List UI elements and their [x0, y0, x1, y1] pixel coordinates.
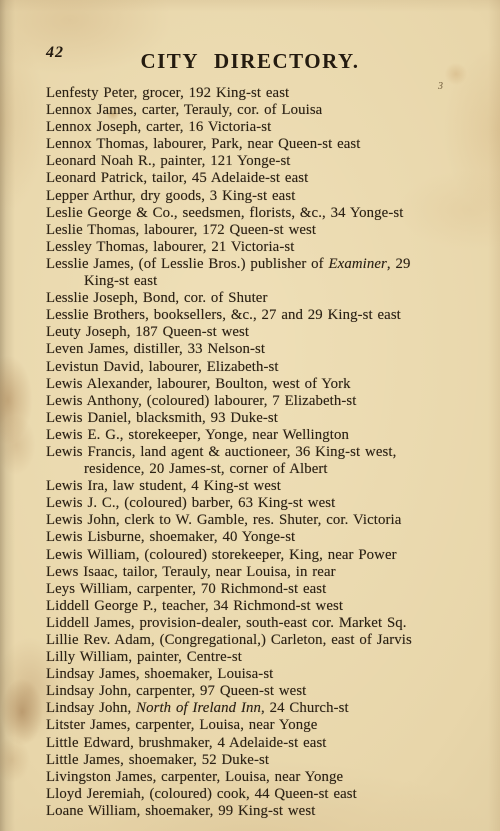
- directory-entry: Loane William, shoemaker, 99 King-st wes…: [46, 803, 476, 820]
- directory-entry-text: Liddell James, provision-dealer, south-e…: [46, 615, 407, 631]
- directory-entry: Lewis E. G., storekeeper, Yonge, near We…: [46, 427, 476, 444]
- directory-entry-text: Lennox Thomas, labourer, Park, near Quee…: [46, 136, 361, 152]
- directory-entry-text: Leys William, carpenter, 70 Richmond-st …: [46, 581, 326, 597]
- directory-entry-text: Lennox James, carter, Terauly, cor. of L…: [46, 102, 322, 118]
- directory-entry: Lloyd Jeremiah, (coloured) cook, 44 Quee…: [46, 786, 476, 803]
- directory-entry-text: Loane William, shoemaker, 99 King-st wes…: [46, 803, 315, 819]
- directory-entry-text: Lewis Anthony, (coloured) labourer, 7 El…: [46, 393, 356, 409]
- directory-entry: Lessley Thomas, labourer, 21 Victoria-st: [46, 239, 476, 256]
- directory-entry: Lillie Rev. Adam, (Congregational,) Carl…: [46, 632, 476, 649]
- directory-entry-text: Lews Isaac, tailor, Terauly, near Louisa…: [46, 564, 336, 580]
- directory-entry-text: Livingston James, carpenter, Louisa, nea…: [46, 769, 343, 785]
- directory-entry: Lepper Arthur, dry goods, 3 King-st east: [46, 188, 476, 205]
- directory-entry-text: Leslie Thomas, labourer, 172 Queen-st we…: [46, 222, 316, 238]
- directory-entry-text: Lewis J. C., (coloured) barber, 63 King-…: [46, 495, 335, 511]
- directory-entry-text: Little Edward, brushmaker, 4 Adelaide-st…: [46, 735, 327, 751]
- directory-entry: Leys William, carpenter, 70 Richmond-st …: [46, 581, 476, 598]
- directory-entry: Lilly William, painter, Centre-st: [46, 649, 476, 666]
- directory-entry: Lewis J. C., (coloured) barber, 63 King-…: [46, 495, 476, 512]
- directory-entry: Lennox Thomas, labourer, Park, near Quee…: [46, 136, 476, 153]
- directory-entry: Lewis Francis, land agent & auctioneer, …: [46, 444, 476, 478]
- directory-entry: Lewis William, (coloured) storekeeper, K…: [46, 547, 476, 564]
- directory-entry-text: Leuty Joseph, 187 Queen-st west: [46, 324, 249, 340]
- directory-entry-text: Lessley Thomas, labourer, 21 Victoria-st: [46, 239, 294, 255]
- directory-entry-text: Lewis Alexander, labourer, Boulton, west…: [46, 376, 351, 392]
- directory-entry: Liddell George P., teacher, 34 Richmond-…: [46, 598, 476, 615]
- directory-entry: Lewis Ira, law student, 4 King-st west: [46, 478, 476, 495]
- directory-entry: Liddell James, provision-dealer, south-e…: [46, 615, 476, 632]
- directory-entry-text: Leven James, distiller, 33 Nelson-st: [46, 341, 265, 357]
- directory-entry: Little James, shoemaker, 52 Duke-st: [46, 752, 476, 769]
- directory-entry: Lesslie Brothers, booksellers, &c., 27 a…: [46, 307, 476, 324]
- directory-entry: Leonard Noah R., painter, 121 Yonge-st: [46, 153, 476, 170]
- directory-entry-text: Lennox Joseph, carter, 16 Victoria-st: [46, 119, 271, 135]
- directory-entry: Leslie George & Co., seedsmen, florists,…: [46, 205, 476, 222]
- directory-entry: Lennox James, carter, Terauly, cor. of L…: [46, 102, 476, 119]
- directory-entry: Lesslie Joseph, Bond, cor. of Shuter: [46, 290, 476, 307]
- directory-entry-text: Lewis Lisburne, shoemaker, 40 Yonge-st: [46, 529, 295, 545]
- directory-entry: Lindsay John, North of Ireland Inn, 24 C…: [46, 700, 476, 717]
- directory-entry: Leuty Joseph, 187 Queen-st west: [46, 324, 476, 341]
- directory-entry-text: Lewis William, (coloured) storekeeper, K…: [46, 547, 397, 563]
- directory-entry-text: Lillie Rev. Adam, (Congregational,) Carl…: [46, 632, 412, 648]
- directory-entry-text: Lindsay John,: [46, 700, 136, 716]
- directory-entry-text: Lilly William, painter, Centre-st: [46, 649, 242, 665]
- directory-entry-text: Lewis Ira, law student, 4 King-st west: [46, 478, 281, 494]
- directory-entry-text: Lindsay John, carpenter, 97 Queen-st wes…: [46, 683, 306, 699]
- directory-entry-text: Lewis E. G., storekeeper, Yonge, near We…: [46, 427, 349, 443]
- directory-entry: Leonard Patrick, tailor, 45 Adelaide-st …: [46, 170, 476, 187]
- directory-entry-text: , 24 Church-st: [261, 700, 349, 716]
- directory-entry: Lewis Alexander, labourer, Boulton, west…: [46, 376, 476, 393]
- directory-entry-continuation: residence, 20 James-st, corner of Albert: [46, 461, 476, 478]
- directory-entry-text: Little James, shoemaker, 52 Duke-st: [46, 752, 269, 768]
- directory-entry-text: Lesslie James, (of Lesslie Bros.) publis…: [46, 256, 329, 272]
- directory-entry: Leslie Thomas, labourer, 172 Queen-st we…: [46, 222, 476, 239]
- directory-entry: Lindsay James, shoemaker, Louisa-st: [46, 666, 476, 683]
- directory-list: Lenfesty Peter, grocer, 192 King-st east…: [46, 85, 476, 820]
- directory-entry-continuation: King-st east: [46, 273, 476, 290]
- directory-entry-text: Leonard Patrick, tailor, 45 Adelaide-st …: [46, 170, 308, 186]
- directory-entry: Little Edward, brushmaker, 4 Adelaide-st…: [46, 735, 476, 752]
- directory-entry-text: Leslie George & Co., seedsmen, florists,…: [46, 205, 403, 221]
- directory-entry: Lewis Daniel, blacksmith, 93 Duke-st: [46, 410, 476, 427]
- directory-entry-text: Liddell George P., teacher, 34 Richmond-…: [46, 598, 343, 614]
- directory-entry: Livingston James, carpenter, Louisa, nea…: [46, 769, 476, 786]
- directory-entry: Lenfesty Peter, grocer, 192 King-st east: [46, 85, 476, 102]
- directory-entry: Leven James, distiller, 33 Nelson-st: [46, 341, 476, 358]
- page-title: CITY DIRECTORY.: [0, 49, 500, 74]
- directory-entry-text: , 29: [387, 256, 411, 272]
- directory-entry-text: Lindsay James, shoemaker, Louisa-st: [46, 666, 273, 682]
- directory-entry: Lewis Anthony, (coloured) labourer, 7 El…: [46, 393, 476, 410]
- directory-entry: Lindsay John, carpenter, 97 Queen-st wes…: [46, 683, 476, 700]
- directory-entry: Lesslie James, (of Lesslie Bros.) publis…: [46, 256, 476, 290]
- directory-entry-text: Lesslie Brothers, booksellers, &c., 27 a…: [46, 307, 401, 323]
- scanned-directory-page: 42 CITY DIRECTORY. 3 Lenfesty Peter, gro…: [0, 0, 500, 831]
- directory-entry-text: Lenfesty Peter, grocer, 192 King-st east: [46, 85, 289, 101]
- directory-entry-text: Levistun David, labourer, Elizabeth-st: [46, 359, 279, 375]
- directory-entry-text: Litster James, carpenter, Louisa, near Y…: [46, 717, 317, 733]
- directory-entry-text: Lewis Francis, land agent & auctioneer, …: [46, 444, 396, 460]
- directory-entry-italic-text: Examiner: [329, 256, 387, 272]
- directory-entry-text: Lewis John, clerk to W. Gamble, res. Shu…: [46, 512, 401, 528]
- directory-entry-text: Lewis Daniel, blacksmith, 93 Duke-st: [46, 410, 278, 426]
- directory-entry: Lews Isaac, tailor, Terauly, near Louisa…: [46, 564, 476, 581]
- directory-entry: Lennox Joseph, carter, 16 Victoria-st: [46, 119, 476, 136]
- directory-entry: Lewis John, clerk to W. Gamble, res. Shu…: [46, 512, 476, 529]
- directory-entry: Lewis Lisburne, shoemaker, 40 Yonge-st: [46, 529, 476, 546]
- directory-entry-text: Leonard Noah R., painter, 121 Yonge-st: [46, 153, 291, 169]
- directory-entry: Litster James, carpenter, Louisa, near Y…: [46, 717, 476, 734]
- directory-entry-text: Lepper Arthur, dry goods, 3 King-st east: [46, 188, 295, 204]
- directory-entry: Levistun David, labourer, Elizabeth-st: [46, 359, 476, 376]
- directory-entry-text: Lesslie Joseph, Bond, cor. of Shuter: [46, 290, 268, 306]
- directory-entry-italic-text: North of Ireland Inn: [136, 700, 261, 716]
- directory-entry-text: Lloyd Jeremiah, (coloured) cook, 44 Quee…: [46, 786, 357, 802]
